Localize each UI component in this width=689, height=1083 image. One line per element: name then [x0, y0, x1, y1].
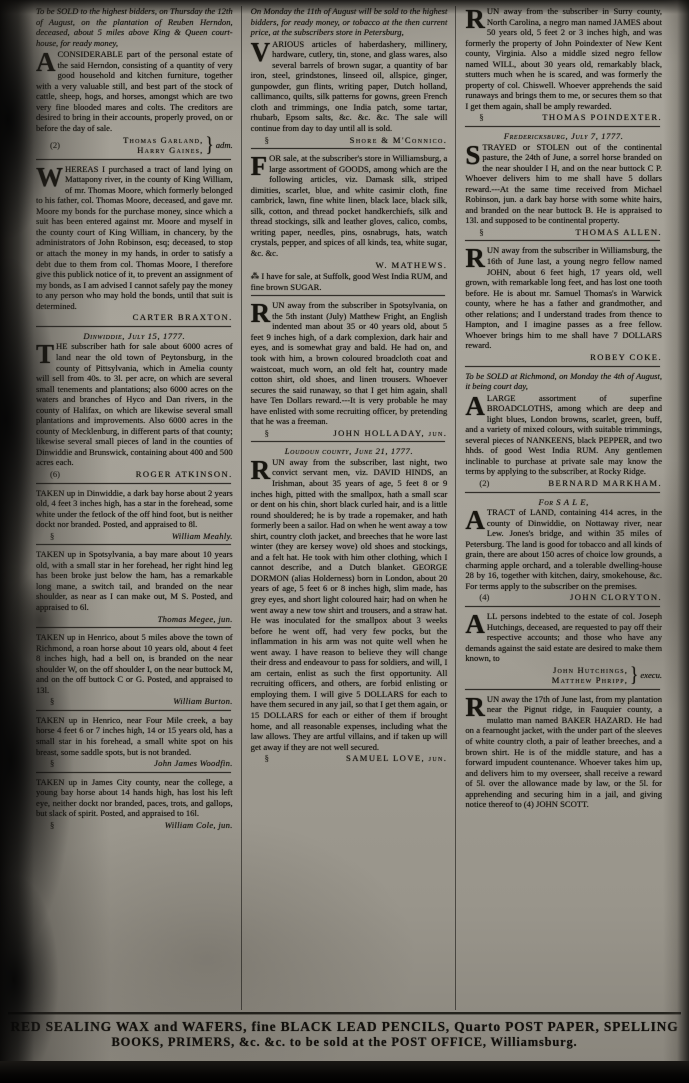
ad: TAKEN up in Henrico, near Four Mile cree… [36, 715, 233, 769]
signature: §John James Woodfin. [36, 758, 233, 769]
signature: §SAMUEL LOVE, jun. [251, 753, 448, 764]
signature-name: Shore & M'Connico. [269, 135, 447, 146]
ad-body-text: UN away from the subscriber in Williamsb… [465, 245, 662, 350]
signature: §THOMAS ALLEN. [465, 227, 662, 238]
signature-name: JOHN CLORYTON. [489, 592, 662, 603]
signature-mark: § [465, 112, 483, 123]
drop-cap-letter: V [251, 39, 273, 63]
signature-name: CARTER BRAXTON. [50, 312, 233, 323]
section-rule [465, 689, 660, 690]
drop-cap-letter: A [465, 611, 487, 635]
signature-names: John Hutchings,Matthew Phripp, [552, 665, 628, 686]
signature: §William Burton. [36, 696, 233, 707]
signature: §THOMAS POINDEXTER. [465, 112, 662, 123]
ad-dateline: Dinwiddie, July 15, 1777. [36, 331, 233, 342]
ad: TAKEN up in Dinwiddie, a dark bay horse … [36, 488, 233, 542]
ad: Fredericksburg, July 7, 1777.STRAYED or … [465, 131, 662, 237]
signature-name: SAMUEL LOVE, jun. [269, 753, 447, 764]
ad-body-text: TAKEN up in Henrico, about 5 miles above… [36, 632, 233, 695]
signature: §William Cole, jun. [36, 820, 233, 831]
footer-rule [8, 1012, 681, 1014]
drop-cap-letter: R [465, 694, 487, 718]
signature-mark: § [251, 135, 269, 146]
footer: RED SEALING WAX and WAFERS, fine BLACK L… [0, 1012, 689, 1050]
section-rule [465, 492, 660, 493]
ad-body-text: TAKEN up in Spotsylvania, a bay mare abo… [36, 549, 233, 612]
ad-body-text: HEREAS I purchased a tract of land lying… [36, 164, 233, 311]
ad-body: STRAYED or STOLEN out of the continental… [465, 142, 662, 226]
ad-dateline: Loudoun county, June 21, 1777. [251, 446, 448, 457]
signature-mark: § [36, 758, 54, 769]
ad-body: ALL persons indebted to the estate of co… [465, 611, 662, 664]
section-rule [465, 606, 660, 607]
section-rule [36, 159, 231, 160]
signature-name: Thomas Megee, jun. [50, 614, 233, 625]
signature-name: Thomas Garland, [123, 135, 203, 145]
drop-cap-letter: W [36, 164, 65, 188]
signature: §William Meahly. [36, 531, 233, 542]
signature-mark: (6) [36, 469, 60, 480]
signature-mark: (4) [465, 592, 489, 603]
signature-name: ROBEY COKE. [479, 352, 662, 363]
ad: ALL persons indebted to the estate of co… [465, 611, 662, 686]
ad-body-text: CONSIDERABLE part of the personal estate… [36, 49, 233, 133]
ad-body-text: TAKEN up in Henrico, near Four Mile cree… [36, 715, 233, 757]
drop-cap-letter: R [465, 245, 487, 269]
signature-names: Thomas Garland,Harry Gaines, [123, 135, 203, 156]
ad: RUN away from the subscriber in Spotsylv… [251, 300, 448, 438]
signature-name: John James Woodfin. [54, 758, 232, 769]
ad-body: RUN away the 17th of June last, from my … [465, 694, 662, 810]
ad-body-text: TAKEN up in James City county, near the … [36, 777, 233, 819]
signature: Thomas Megee, jun. [36, 614, 233, 625]
signature: §Shore & M'Connico. [251, 135, 448, 146]
ad: TAKEN up in Spotsylvania, a bay mare abo… [36, 549, 233, 624]
ad-body-text: UN away from the subscriber in Spotsylva… [251, 300, 448, 426]
column-3: RUN away from the subscriber in Surry co… [455, 6, 670, 1010]
section-rule [36, 326, 231, 327]
column-2: On Monday the 11th of August will be sol… [241, 6, 456, 1010]
signature-name: W. MATHEWS. [265, 260, 448, 271]
section-rule [36, 483, 231, 484]
ad-intro: To be SOLD to the highest bidders, on Th… [36, 6, 233, 48]
signature-mark: § [36, 820, 54, 831]
ad-body: RUN away from the subscriber in Spotsylv… [251, 300, 448, 427]
ad-intro: To be SOLD at Richmond, on Monday the 4t… [465, 371, 662, 392]
ad: Loudoun county, June 21, 1777.RUN away f… [251, 446, 448, 763]
signature: (2)BERNARD MARKHAM. [465, 478, 662, 489]
ad: On Monday the 11th of August will be sol… [251, 6, 448, 145]
section-rule [36, 710, 231, 711]
ad-body: TAKEN up in Dinwiddie, a dark bay horse … [36, 488, 233, 530]
signature: (6)ROGER ATKINSON. [36, 469, 233, 480]
ad: TAKEN up in James City county, near the … [36, 777, 233, 831]
ad-body-text: UN away from the subscriber in Surry cou… [465, 6, 662, 111]
ad-dateline: For S A L E, [465, 497, 662, 508]
signature-name: William Meahly. [54, 531, 232, 542]
ad-body-text: ARIOUS articles of haberdashery, milline… [251, 39, 448, 133]
section-rule [251, 441, 446, 442]
section-rule [465, 366, 660, 367]
signature: W. MATHEWS. [251, 260, 448, 271]
ad-body: THE subscriber hath for sale about 6000 … [36, 341, 233, 468]
ad: For S A L E,ATRACT of LAND, containing 4… [465, 497, 662, 603]
ad: RUN away from the subscriber in Williams… [465, 245, 662, 362]
signature-group: (2)Thomas Garland,Harry Gaines,}adm. [36, 135, 233, 156]
signature-name: THOMAS POINDEXTER. [484, 112, 662, 123]
brace-glyph: } [630, 669, 638, 682]
ad-body: FOR sale, at the subscriber's store in W… [251, 153, 448, 258]
drop-cap-letter: S [465, 142, 482, 166]
ad-body-text: LL persons indebted to the estate of col… [465, 611, 662, 663]
ad-body-text: OR sale, at the subscriber's store in Wi… [251, 153, 448, 258]
section-rule [36, 544, 231, 545]
drop-cap-letter: A [36, 49, 58, 73]
ad-body: TAKEN up in Henrico, near Four Mile cree… [36, 715, 233, 757]
drop-cap-letter: F [251, 153, 270, 177]
section-rule [36, 772, 231, 773]
ad-body: VARIOUS articles of haberdashery, millin… [251, 39, 448, 134]
signature-name: ROGER ATKINSON. [60, 469, 233, 480]
ad-body: ATRACT of LAND, containing 414 acres, in… [465, 507, 662, 591]
signature-name: John Hutchings, [553, 665, 628, 675]
signature-role: adm. [216, 140, 233, 151]
drop-cap-letter: A [465, 393, 487, 417]
signature-name: JOHN HOLLADAY, jun. [269, 428, 447, 439]
signature: ROBEY COKE. [465, 352, 662, 363]
ad: RUN away from the subscriber in Surry co… [465, 6, 662, 123]
ad-body-text: TRACT of LAND, containing 414 acres, in … [465, 507, 662, 591]
ad-body: TAKEN up in Spotsylvania, a bay mare abo… [36, 549, 233, 612]
ad-body-text: UN away the 17th of June last, from my p… [465, 694, 662, 809]
signature-name: William Burton. [54, 696, 232, 707]
drop-cap-letter: A [465, 507, 487, 531]
signature-name: Harry Gaines, [137, 145, 203, 155]
footer-line-1: RED SEALING WAX and WAFERS, fine BLACK L… [0, 1019, 689, 1035]
ad-intro: On Monday the 11th of August will be sol… [251, 6, 448, 38]
footer-line-2: BOOKS, PRIMERS, &c. &c. to be sold at th… [0, 1035, 689, 1050]
ad-body: ACONSIDERABLE part of the personal estat… [36, 49, 233, 133]
signature-mark: (2) [465, 478, 489, 489]
newspaper-page: To be SOLD to the highest bidders, on Th… [0, 0, 689, 1064]
signature-name: THOMAS ALLEN. [484, 227, 662, 238]
ad: TAKEN up in Henrico, about 5 miles above… [36, 632, 233, 707]
signature: (4)JOHN CLORYTON. [465, 592, 662, 603]
signature-mark: § [36, 531, 54, 542]
page-bottom-edge [0, 1061, 689, 1083]
ad: FOR sale, at the subscriber's store in W… [251, 153, 448, 292]
section-rule [251, 148, 446, 149]
section-rule [251, 295, 446, 296]
signature-mark: (2) [36, 140, 60, 151]
ad: To be SOLD at Richmond, on Monday the 4t… [465, 371, 662, 489]
brace-glyph: } [206, 139, 214, 152]
ad-body: RUN away from the subscriber in Surry co… [465, 6, 662, 111]
ad-body-text: TAKEN up in Dinwiddie, a dark bay horse … [36, 488, 233, 530]
ad-body-text: HE subscriber hath for sale about 6000 a… [36, 341, 233, 467]
signature-name: Matthew Phripp, [552, 675, 628, 685]
ad-body: RUN away from the subscriber in Williams… [465, 245, 662, 350]
ad-body: TAKEN up in Henrico, about 5 miles above… [36, 632, 233, 695]
signature-mark: § [36, 696, 54, 707]
ad-body: ALARGE assortment of superfine BROADCLOT… [465, 393, 662, 477]
ad: Dinwiddie, July 15, 1777.THE subscriber … [36, 331, 233, 480]
signature-role: execu. [640, 670, 662, 681]
section-rule [36, 627, 231, 628]
columns: To be SOLD to the highest bidders, on Th… [36, 6, 670, 1010]
section-rule [465, 240, 660, 241]
ad-body-text: LARGE assortment of superfine BROADCLOTH… [465, 393, 662, 477]
signature-name: William Cole, jun. [54, 820, 232, 831]
signature-mark: § [251, 428, 269, 439]
ad-body: WHEREAS I purchased a tract of land lyin… [36, 164, 233, 312]
signature-name: BERNARD MARKHAM. [489, 478, 662, 489]
drop-cap-letter: R [251, 300, 273, 324]
drop-cap-letter: T [36, 341, 56, 365]
ad: WHEREAS I purchased a tract of land lyin… [36, 164, 233, 323]
signature: §JOHN HOLLADAY, jun. [251, 428, 448, 439]
ad: To be SOLD to the highest bidders, on Th… [36, 6, 233, 156]
signature-mark: § [251, 753, 269, 764]
ad-note: ⁂ I have for sale, at Suffolk, good West… [251, 271, 448, 292]
ad: RUN away the 17th of June last, from my … [465, 694, 662, 810]
section-rule [465, 126, 660, 127]
drop-cap-letter: R [251, 457, 273, 481]
ad-dateline: Fredericksburg, July 7, 1777. [465, 131, 662, 142]
ad-body-text: UN away from the subscriber, last night,… [251, 457, 448, 752]
ad-body-text: TRAYED or STOLEN out of the continental … [465, 142, 662, 226]
ad-body: TAKEN up in James City county, near the … [36, 777, 233, 819]
signature-mark: § [465, 227, 483, 238]
column-1: To be SOLD to the highest bidders, on Th… [36, 6, 241, 1010]
signature: CARTER BRAXTON. [36, 312, 233, 323]
signature-group: John Hutchings,Matthew Phripp,}execu. [465, 665, 662, 686]
ad-body: RUN away from the subscriber, last night… [251, 457, 448, 752]
drop-cap-letter: R [465, 6, 487, 30]
